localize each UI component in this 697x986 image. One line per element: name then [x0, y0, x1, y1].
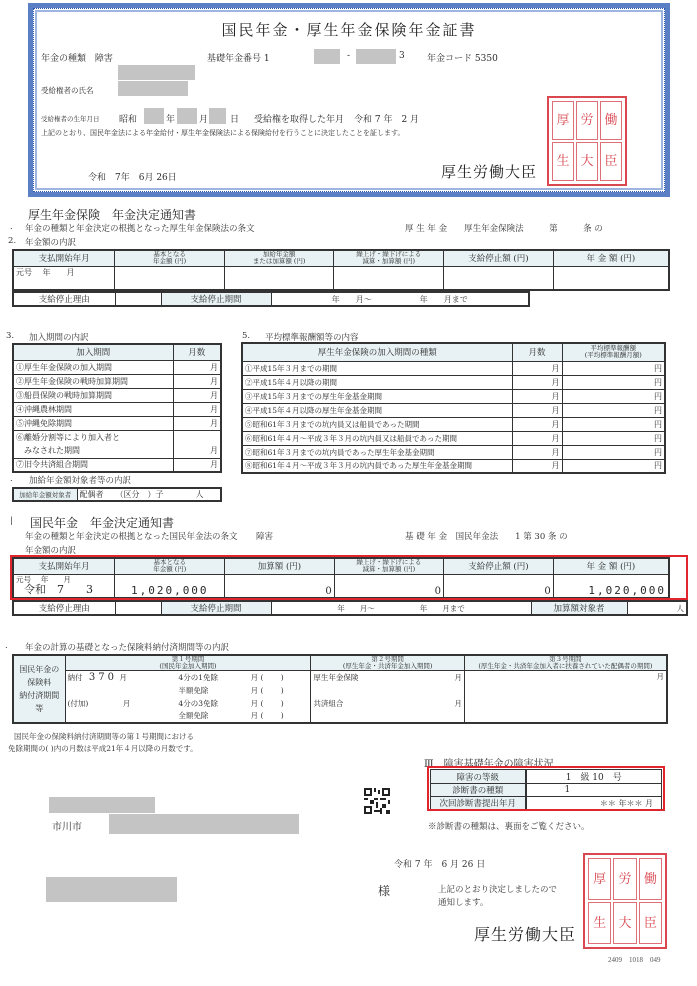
- p2-item-unit: 月: [434, 671, 464, 684]
- period-months: 月: [173, 444, 221, 458]
- seal-char: 大: [576, 142, 598, 181]
- acquired-value: 令和 7 年 2 月: [354, 112, 419, 125]
- pension-type-label: 年金の種類: [41, 54, 86, 64]
- premium-rowhead: 国民年金の 保険料 納付済期間 等: [13, 655, 65, 723]
- avg-salary-table: 厚生年金保険の加入期間の種類 月数 平均標準報酬額 (平均標準報酬月額) ①平成…: [241, 342, 666, 474]
- cell: [443, 266, 553, 290]
- honorific: 様: [378, 882, 390, 899]
- cell: [115, 266, 225, 290]
- pension-type-row: 年金の種類 障害: [41, 51, 113, 64]
- months-cell: 月: [512, 403, 562, 417]
- months-header: 月数: [512, 343, 562, 361]
- seal-char: 働: [600, 101, 622, 140]
- pension-code-row: 年金コード 5350: [427, 51, 498, 64]
- col-header: 支払開始年月: [13, 250, 115, 266]
- period-months: 月: [173, 360, 221, 374]
- kokumin-s1-type: 障害: [256, 530, 273, 542]
- closing-date: 令和 7 年 6 月 26 日: [394, 857, 485, 870]
- seal-char: 生: [588, 902, 611, 944]
- closing-minister: 厚生労働大臣: [474, 922, 576, 945]
- exemption-half: 半額免除: [176, 684, 248, 697]
- col-header: 加給年金額 または加算額 (円): [224, 250, 334, 266]
- minister-seal-closing: 厚 労 働 生 大 臣: [583, 853, 667, 949]
- closing-message-1: 上記のとおり決定しましたので: [438, 883, 557, 895]
- redacted-birth-day: [209, 108, 226, 124]
- basic-number-row: 基礎年金番号 1: [207, 51, 270, 64]
- redacted-address: [109, 814, 299, 834]
- stop-period-label: 支給停止期間: [161, 601, 271, 615]
- birth-year-unit: 年: [166, 112, 175, 125]
- exemption-months: 月 ( ): [249, 697, 311, 710]
- kokumin-heading: 国民年金 年金決定通知書: [30, 514, 174, 531]
- avg-cell: 円: [562, 417, 665, 431]
- months-cell: 月: [512, 431, 562, 445]
- section3-number: 3.: [6, 331, 14, 341]
- highlight-disability-status: [427, 766, 665, 811]
- closing-message-2: 通知します。: [438, 896, 488, 908]
- kokumin-stop-table: 支給停止理由 支給停止期間 年 月～ 年 月まで 加算額対象者 人: [12, 600, 688, 616]
- stop-period-value: 年 月～ 年 月まで: [271, 292, 529, 306]
- dependents-count: 人: [627, 601, 687, 615]
- seal-char: 労: [613, 858, 636, 900]
- redacted-birth-month: [177, 108, 197, 124]
- supplement-unit: 月: [123, 699, 131, 708]
- period-header: 加入期間: [13, 344, 173, 360]
- cell: [553, 266, 669, 290]
- period-label: ④沖縄農林期間: [13, 402, 173, 416]
- p2-item-unit: 月: [434, 697, 464, 710]
- kosei-stop-table: 支給停止理由 支給停止期間 年 月～ 年 月まで: [12, 291, 530, 307]
- p3-months: 月: [464, 671, 667, 723]
- months-cell: 月: [512, 417, 562, 431]
- kokumin-s1-label: 年金の種類と年金決定の根拠となった国民年金法の条文: [25, 530, 238, 542]
- highlight-kokumin-amount: [10, 555, 688, 600]
- basic-number-separator: -: [347, 51, 350, 61]
- address-city: 市川市: [52, 818, 82, 833]
- certificate-title: 国民年金・厚生年金保険年金証書: [33, 19, 665, 40]
- period-label: ①厚生年金保険の加入期間: [13, 360, 173, 374]
- kosei-s1-label: 年金の種類と年金決定の根拠となった厚生年金保険法の条文: [25, 222, 255, 234]
- seal-char: 働: [639, 858, 662, 900]
- kosei-amount-table: 支払開始年月 基本となる 年金額 (円) 加給年金額 または加算額 (円) 繰上…: [12, 249, 670, 291]
- seal-char: 労: [576, 101, 598, 140]
- section4-number: .: [10, 474, 13, 484]
- period-label: ③船員保険の戦時加算期間: [13, 388, 173, 402]
- exemption-months: 月 ( ): [249, 671, 311, 684]
- period1-header: 第１号期間 (国民年金加入期間): [65, 655, 311, 671]
- avg-cell: 円: [562, 403, 665, 417]
- section5-number: 5.: [242, 331, 250, 341]
- type-label: ⑦昭和61年３月までの坑内員であった厚生年金基金期間: [242, 445, 512, 459]
- stop-period-value: 年 月～ 年 月まで: [271, 601, 531, 615]
- redacted-postal-code: [49, 797, 155, 813]
- period-months: 月: [173, 402, 221, 416]
- paid-cell: 納付 370 月: [65, 671, 176, 684]
- blank: [311, 684, 434, 697]
- period-label: みなされた期間: [13, 444, 173, 458]
- premium-number: .: [5, 641, 8, 651]
- exemption-months: 月 ( ): [249, 684, 311, 697]
- basic-number-prefix: 1: [264, 54, 270, 64]
- cell: [224, 266, 334, 290]
- months-cell: 月: [512, 389, 562, 403]
- dependents-label: 加給年金額対象者: [13, 488, 77, 501]
- document-code: 2409 1018 049: [608, 955, 661, 965]
- recipient-name-label: 受給権者の氏名: [41, 85, 94, 96]
- pension-type-value: 障害: [95, 54, 113, 64]
- exemption-full: 全額免除: [176, 710, 248, 723]
- type-label: ①平成15年３月までの期間: [242, 361, 512, 375]
- blank: [311, 710, 434, 723]
- section3-title: 加入期間の内訳: [29, 331, 89, 343]
- basic-number-suffix: 3: [399, 51, 405, 61]
- premium-title: 年金の計算の基礎となった保険料納付済期間等の内訳: [25, 641, 229, 653]
- kosei-s2-label: 年金額の内訳: [25, 236, 76, 248]
- blank: [434, 710, 464, 723]
- months-cell: 月: [512, 459, 562, 473]
- p2-item-label: 共済組合: [311, 697, 434, 710]
- period-months: 月: [173, 416, 221, 430]
- kosei-s1-number: .: [10, 222, 13, 232]
- birth-day-unit: 日: [230, 112, 239, 125]
- certify-statement: 上記のとおり、国民年金法による年金給付・厚生年金保険法による保険給付を行うことに…: [41, 128, 404, 138]
- exemption-three-quarter: 4分の3免除: [176, 697, 248, 710]
- seal-char: 生: [552, 142, 574, 181]
- blank: [65, 684, 176, 697]
- stop-period-label: 支給停止期間: [161, 292, 271, 306]
- redacted-number-2: [356, 49, 396, 64]
- kosei-s2-number: 2.: [8, 236, 16, 246]
- basic-number-label: 基礎年金番号: [207, 54, 261, 64]
- months-header: 月数: [173, 344, 221, 360]
- period-label: ②厚生年金保険の戦時加算期間: [13, 374, 173, 388]
- months-cell: 月: [512, 445, 562, 459]
- seal-char: 厚: [588, 858, 611, 900]
- diagnosis-note: ※診断書の種類は、裏面をご覧ください。: [428, 820, 590, 832]
- period-label: ⑥離婚分割等により加入者と: [13, 430, 173, 444]
- col-header: 基本となる 年金額 (円): [115, 250, 225, 266]
- exemption-quarter: 4分の1免除: [176, 671, 248, 684]
- section4-title: 加給年金額対象者等の内訳: [29, 474, 131, 486]
- blank: [434, 684, 464, 697]
- pension-code-value: 5350: [475, 54, 498, 64]
- col-header: 繰上げ・繰下げによる 減算・加算額 (円): [334, 250, 444, 266]
- avg-cell: 円: [562, 445, 665, 459]
- type-label: ③平成15年３月までの厚生年金基金期間: [242, 389, 512, 403]
- avg-cell: 円: [562, 431, 665, 445]
- kosei-heading: 厚生年金保険 年金決定通知書: [28, 206, 196, 223]
- p2-item-label: 厚生年金保険: [311, 671, 434, 684]
- pension-code-label: 年金コード: [427, 54, 472, 64]
- minister-seal: 厚 労 働 生 大 臣: [547, 96, 627, 186]
- certificate-minister: 厚生労働大臣: [441, 161, 537, 182]
- avg-cell: 円: [562, 389, 665, 403]
- seal-char: 大: [613, 902, 636, 944]
- months-cell: 月: [512, 361, 562, 375]
- type-label: ②平成15年４月以降の期間: [242, 375, 512, 389]
- birth-month-unit: 月: [199, 112, 208, 125]
- certificate-date: 令和 7年 6月 26日: [88, 170, 177, 183]
- stop-reason-value: [115, 292, 161, 306]
- seal-char: 臣: [639, 902, 662, 944]
- type-label: ⑧昭和61年４月～平成３年３月の坑内員であった厚生年金基金期間: [242, 459, 512, 473]
- paid-label: 納付: [68, 673, 83, 682]
- start-date-cell: 元号 年 月: [13, 266, 115, 290]
- avg-cell: 円: [562, 375, 665, 389]
- type-label: ⑥昭和61年４月～平成３年３月の坑内員又は船員であった期間: [242, 431, 512, 445]
- blank: [65, 710, 176, 723]
- paid-unit: 月: [119, 673, 127, 682]
- supplement-cell: (付加) 月: [65, 697, 176, 710]
- birth-era: 昭和: [119, 112, 137, 125]
- period2-header: 第２号期間 (厚生年金・共済年金加入期間): [311, 655, 464, 671]
- exemption-months: 月 ( ): [249, 710, 311, 723]
- premium-table: 国民年金の 保険料 納付済期間 等 第１号期間 (国民年金加入期間) 第２号期間…: [12, 654, 668, 724]
- dependents-value: 配偶者 （区分 ）子 人: [77, 488, 221, 501]
- enrollment-period-table: 加入期間 月数 ①厚生年金保険の加入期間月 ②厚生年金保険の戦時加算期間月 ③船…: [12, 343, 222, 473]
- premium-note-2: 免除期間の( )内の月数は平成21年４月以降の月数です。: [8, 743, 198, 754]
- pension-certificate: 国民年金・厚生年金保険年金証書 年金の種類 障害 基礎年金番号 1 - 3 年金…: [28, 3, 670, 197]
- dependents-table: 加給年金額対象者 配偶者 （区分 ）子 人: [12, 487, 222, 502]
- avg-header: 平均標準報酬額 (平均標準報酬月額): [562, 343, 665, 361]
- redacted-birth-year: [144, 108, 164, 124]
- stop-reason-label: 支給停止理由: [13, 292, 115, 306]
- paid-months: 370: [89, 672, 117, 683]
- seal-char: 臣: [600, 142, 622, 181]
- stop-reason-value: [115, 601, 161, 615]
- cell: [334, 266, 444, 290]
- type-label: ⑤昭和61年３月までの坑内員又は船員であった期間: [242, 417, 512, 431]
- birth-label: 受給権者の生年月日: [41, 114, 100, 123]
- period-label: ⑦旧令共済組合期間: [13, 458, 173, 472]
- period-months: [173, 430, 221, 444]
- seal-char: 厚: [552, 101, 574, 140]
- period3-header: 第３号期間 (厚生年金・共済年金加入者に扶養されていた配偶者の期間): [464, 655, 667, 671]
- redacted-name: [118, 81, 188, 96]
- stop-reason-label: 支給停止理由: [13, 601, 115, 615]
- col-header: 支給停止額 (円): [443, 250, 553, 266]
- qr-code-icon: [364, 788, 390, 814]
- kokumin-s1-value: 基 礎 年 金 国民年金法 1 第 30 条 の: [405, 530, 568, 542]
- kokumin-marker: |: [10, 516, 13, 526]
- avg-cell: 円: [562, 459, 665, 473]
- redacted-name-kana: [118, 65, 195, 80]
- period-months: 月: [173, 374, 221, 388]
- period-months: 月: [173, 458, 221, 472]
- redacted-number-1: [314, 49, 340, 64]
- acquired-label: 受給権を取得した年月: [254, 112, 344, 125]
- premium-note-1: 国民年金の保険料納付済期間等の第１号期間における: [14, 731, 194, 742]
- dependents-label: 加算額対象者: [531, 601, 627, 615]
- kosei-s1-value: 厚 生 年 金 厚生年金保険法 第 条 の: [405, 222, 603, 234]
- period-label: ⑤沖縄免除期間: [13, 416, 173, 430]
- period-months: 月: [173, 388, 221, 402]
- type-header: 厚生年金保険の加入期間の種類: [242, 343, 512, 361]
- type-label: ④平成15年４月以降の厚生年金基金期間: [242, 403, 512, 417]
- avg-cell: 円: [562, 361, 665, 375]
- months-cell: 月: [512, 375, 562, 389]
- supplement-label: (付加): [68, 699, 89, 708]
- col-header: 年 金 額 (円): [553, 250, 669, 266]
- redacted-recipient-name: [46, 877, 177, 902]
